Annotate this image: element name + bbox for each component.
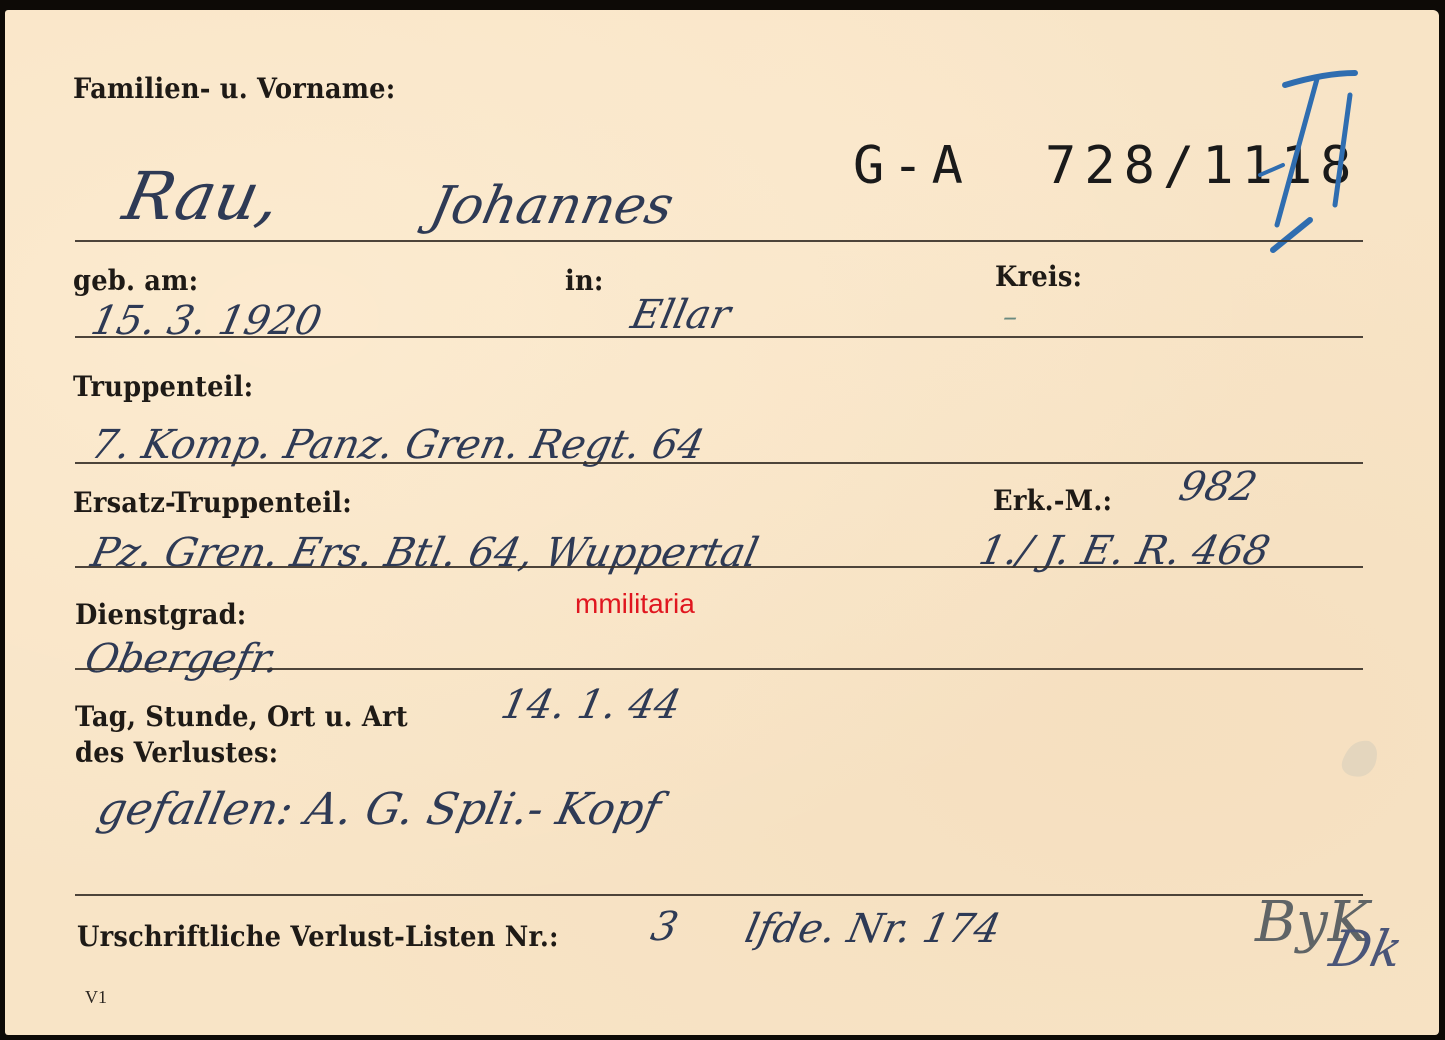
birth-date-label: geb. am:	[73, 264, 198, 297]
watermark-text: mmilitaria	[575, 588, 695, 620]
recognition-mark-label: Erk.-M.:	[993, 484, 1112, 517]
blue-initials: Dk	[1325, 920, 1408, 978]
rule-rank	[75, 668, 1363, 670]
rule-name	[75, 240, 1363, 242]
entry-reference-value: lfde. Nr. 174	[741, 906, 1005, 952]
given-name-value: Johannes	[425, 176, 679, 236]
rule-footer	[75, 894, 1363, 896]
replacement-unit-value: Pz. Gren. Ers. Btl. 64, Wuppertal	[87, 530, 762, 576]
loss-label-line2: des Verlustes:	[75, 736, 278, 769]
rule-birth	[75, 336, 1363, 338]
district-value: –	[1000, 300, 1021, 333]
rank-value: Obergefr.	[81, 636, 283, 682]
loss-list-label: Urschriftliche Verlust-Listen Nr.:	[77, 920, 559, 953]
casualty-index-card: Familien- u. Vorname: G-A 728/1118 Rau, …	[5, 10, 1439, 1035]
blue-pencil-mark-icon	[1255, 65, 1365, 265]
birth-place-value: Ellar	[627, 292, 735, 338]
form-code: V1	[85, 987, 107, 1008]
unit-label: Truppenteil:	[73, 370, 253, 403]
loss-description-value: gefallen: A. G. Spli.- Kopf	[93, 784, 665, 835]
birth-place-label: in:	[565, 264, 604, 297]
stain-mark-icon	[1335, 735, 1385, 787]
loss-list-number: 3	[647, 904, 682, 950]
recognition-number-value: 982	[1175, 464, 1261, 510]
file-stamp-prefix: G-A	[853, 136, 971, 196]
rank-label: Dienstgrad:	[75, 598, 246, 631]
name-label: Familien- u. Vorname:	[73, 72, 395, 105]
rule-replacement-unit	[75, 566, 1363, 568]
rule-unit	[75, 462, 1363, 464]
replacement-unit-label: Ersatz-Truppenteil:	[73, 486, 352, 519]
loss-date-value: 14. 1. 44	[497, 682, 685, 728]
surname-value: Rau,	[117, 158, 287, 235]
district-label: Kreis:	[995, 260, 1082, 293]
loss-label-line1: Tag, Stunde, Ort u. Art	[75, 700, 408, 733]
